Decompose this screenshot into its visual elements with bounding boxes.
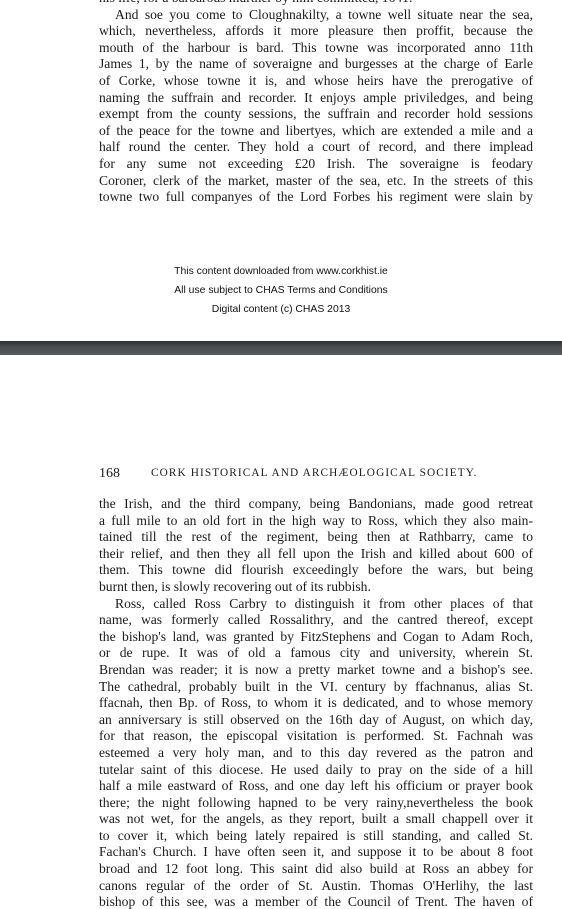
text-line: them. This towne did flourish exceedingl… (99, 562, 533, 579)
text-line: ffacnah, then Bp. of Ross, to whom it is… (99, 695, 533, 712)
text-line: half a mile eastward of Ross, and one da… (99, 778, 533, 795)
text-line: the Irish, and the third company, being … (99, 496, 533, 513)
journal-title: Cork Historical and Archæological Societ… (151, 467, 477, 479)
text-line: mouth of the harbour is bard. This towne… (99, 40, 533, 57)
text-line: burnt then, is slowly recovering out of … (99, 579, 533, 596)
text-line: or de rupe. It was of old a famous city … (99, 645, 533, 662)
text-line: the bishop's land, was granted by FitzSt… (99, 629, 533, 646)
text-line: name, was formerly called Rossalithry, a… (99, 612, 533, 629)
text-line: an anniversary is still observed on the … (99, 712, 533, 729)
text-line: half round the center. They hold a court… (99, 139, 533, 156)
text-line: tained till the rest of the regiment, be… (99, 529, 533, 546)
text-line: their relief, and then they all fell upo… (99, 546, 533, 563)
text-line: And soe you come to Cloughnakilty, a tow… (99, 7, 533, 24)
page-separator (0, 341, 562, 355)
text-line: was not wet, for the angels, as they rep… (99, 811, 533, 828)
text-line: tutelar saint of this diocese. He used d… (99, 762, 533, 779)
text-line: Coroner, clerk of the market, master of … (99, 173, 533, 190)
text-line: a full mile to an old fort in the high w… (99, 513, 533, 530)
text-line: naming the suffrain and recorder. It enj… (99, 90, 533, 107)
text-line: esteemed a very holy man, and to this da… (99, 745, 533, 762)
running-header: 168 Cork Historical and Archæological So… (99, 466, 533, 484)
body-text-bottom: the Irish, and the third company, being … (99, 496, 533, 909)
document-page-current: 168 Cork Historical and Archæological So… (0, 355, 562, 909)
text-line: of Corke, whose towne it is, and whose h… (99, 73, 533, 90)
text-line: James 1, by the name of soveraigne and b… (99, 56, 533, 73)
text-line: to cover it, which being lately repaired… (99, 828, 533, 845)
text-line: Brendan was reader; it is now a pretty m… (99, 662, 533, 679)
text-line: Fachan's Church. I have often seen it, a… (99, 844, 533, 861)
text-line: The cathedral, probably built in the VI.… (99, 679, 533, 696)
text-line: canons regular of the order of St. Austi… (99, 878, 533, 895)
text-line: of the peace for the towne and libertyes… (99, 123, 533, 140)
text-line: his life, for a barbarous murther by him… (99, 0, 533, 7)
text-line: towne two full companyes of the Lord For… (99, 189, 533, 206)
page-number: 168 (99, 466, 120, 482)
notice-terms-line: All use subject to CHAS Terms and Condit… (0, 281, 562, 300)
text-line: for any sume not exceeding £20 Irish. Th… (99, 156, 533, 173)
document-page-previous: his life, for a barbarous murther by him… (0, 0, 562, 341)
text-line: broad and 12 foot long. This saint did a… (99, 861, 533, 878)
notice-copyright-line: Digital content (c) CHAS 2013 (0, 300, 562, 319)
text-line: for that reason, the episcopal visitatio… (99, 728, 533, 745)
text-line: bishop of this see, was a member of the … (99, 894, 533, 909)
download-notice: This content downloaded from www.corkhis… (0, 262, 562, 319)
text-line: which, nevertheless, affords it more ple… (99, 23, 533, 40)
notice-source-line: This content downloaded from www.corkhis… (0, 262, 562, 281)
body-text-top: his life, for a barbarous murther by him… (99, 0, 533, 206)
text-line: Ross, called Ross Carbry to distinguish … (99, 596, 533, 613)
text-line: there; the night following hapned to be … (99, 795, 533, 812)
text-line: exempt from the county sessions, the suf… (99, 106, 533, 123)
